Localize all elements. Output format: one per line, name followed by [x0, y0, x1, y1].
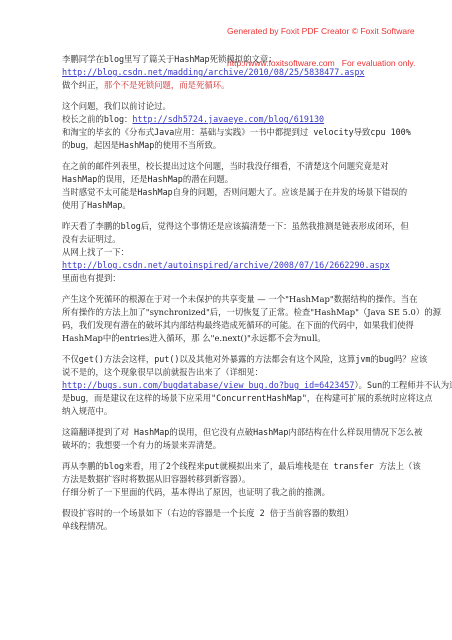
body-text: 这篇翻译提到了对 HashMap的误用，但它没有点破HashMap内部结构在什么… [62, 427, 422, 437]
body-text: HashMap中的entries进入循环，那 么"e.next()"永远都不会为… [62, 333, 326, 343]
paragraph: 昨天看了李鹏的blog后，觉得这个事情还是应该搞清楚一下：虽然我推测是链表形成闭… [62, 220, 406, 285]
text-line: 说不是的，这个现象很早以前就报告出来了（详细见： [62, 366, 406, 379]
text-line: 当时感觉不太可能是HashMap自身的问题，否则问题大了。应该是属于在并发的场景… [62, 186, 406, 199]
document-page: Generated by Foxit PDF Creator © Foxit S… [0, 0, 452, 640]
body-text: 从网上找了一下： [62, 247, 129, 257]
text-line: HashMap的误用，还是HashMap的潜在问题。 [62, 173, 406, 186]
paragraph: 这篇翻译提到了对 HashMap的误用，但它没有点破HashMap内部结构在什么… [62, 426, 406, 452]
body-text: 破坏的；我想要一个有力的场景来弄清楚。 [62, 440, 221, 450]
body-text: 再从李鹏的blog来看，用了2个线程来put就模拟出来了，最后堆栈是在 tran… [62, 461, 421, 471]
text-line: 没有去证明过。 [62, 233, 406, 246]
text-line: 产生这个死循环的根源在于对一个未保护的共享变量 — 一个"HashMap"数据结… [62, 293, 406, 306]
text-line: 在之前的邮件列表里，校长提出过这个问题，当时我没仔细看，不清楚这个问题究竟是对 [62, 160, 406, 173]
text-line: 李鹏同学在blog里写了篇关于HashMap死锁模拟的文章： [62, 53, 406, 66]
text-line: 校长之前的blog：http://sdh5724.javaeye.com/blo… [62, 113, 406, 126]
text-line: 从网上找了一下： [62, 246, 406, 259]
text-line: 和淘宝的毕玄的《分布式Java应用：基础与实践》一书中都提到过 velocity… [62, 126, 406, 139]
body-text: 单线程情况。 [62, 521, 112, 531]
quoted-paragraph: 产生这个死循环的根源在于对一个未保护的共享变量 — 一个"HashMap"数据结… [62, 293, 406, 345]
body-text: 里面也有提到： [62, 273, 121, 283]
body-text: HashMap的误用，还是HashMap的潜在问题。 [62, 174, 233, 184]
text-line: 做个纠正，那个不是死锁问题，而是死循环。 [62, 79, 406, 92]
paragraph: 不仅get()方法会这样，put()以及其他对外暴露的方法都会有这个风险，这算j… [62, 353, 406, 418]
body-text: 校长之前的blog： [62, 114, 132, 124]
text-line: 的bug，起因是HashMap的使用不当所致。 [62, 139, 406, 152]
paragraph: 这个问题，我们以前讨论过。校长之前的blog：http://sdh5724.ja… [62, 100, 406, 152]
text-line: 再从李鹏的blog来看，用了2个线程来put就模拟出来了，最后堆栈是在 tran… [62, 460, 406, 473]
body-text: 是bug，而是建议在这样的场景下应采用"ConcurrentHashMap"，在… [62, 393, 433, 403]
body-text: 当时感觉不太可能是HashMap自身的问题，否则问题大了。应该是属于在并发的场景… [62, 187, 407, 197]
text-line: 假设扩容时的一个场景如下（右边的容器是一个长度 2 倍于当前容器的数组） [62, 507, 406, 520]
text-line: 是bug，而是建议在这样的场景下应采用"ConcurrentHashMap"，在… [62, 392, 406, 405]
paragraph: 再从李鹏的blog来看，用了2个线程来put就模拟出来了，最后堆栈是在 tran… [62, 460, 406, 499]
hyperlink[interactable]: http://bugs.sun.com/bugdatabase/view_bug… [62, 380, 354, 390]
body-text: 和淘宝的毕玄的《分布式Java应用：基础与实践》一书中都提到过 velocity… [62, 127, 411, 137]
text-line: 这篇翻译提到了对 HashMap的误用，但它没有点破HashMap内部结构在什么… [62, 426, 406, 439]
text-line: 破坏的；我想要一个有力的场景来弄清楚。 [62, 439, 406, 452]
body-text: 这个问题，我们以前讨论过。 [62, 101, 171, 111]
body-text: 没有去证明过。 [62, 234, 121, 244]
text-line: http://bugs.sun.com/bugdatabase/view_bug… [62, 379, 406, 392]
hyperlink[interactable]: http://sdh5724.javaeye.com/blog/619130 [132, 114, 324, 124]
paragraph: 假设扩容时的一个场景如下（右边的容器是一个长度 2 倍于当前容器的数组）单线程情… [62, 507, 406, 533]
body-text: 做个纠正， [62, 80, 104, 90]
body-text: 方法是数据扩容时将数据从旧容器转移到新容器）。 [62, 474, 250, 484]
text-line: 不仅get()方法会这样，put()以及其他对外暴露的方法都会有这个风险，这算j… [62, 353, 406, 366]
body-text: 的bug，起因是HashMap的使用不当所致。 [62, 140, 221, 150]
body-text: 所有操作的方法上加了"synchronized"后，一切恢复了正常。检查"Has… [62, 307, 441, 317]
body-text: 假设扩容时的一个场景如下（右边的容器是一个长度 2 倍于当前容器的数组） [62, 508, 354, 518]
paragraph: 李鹏同学在blog里写了篇关于HashMap死锁模拟的文章：http://blo… [62, 53, 406, 92]
text-line: 里面也有提到： [62, 272, 406, 285]
body-text: 使用了HashMap。 [62, 200, 131, 210]
hyperlink[interactable]: http://blog.csdn.net/autoinspired/archiv… [62, 260, 390, 270]
text-line: 使用了HashMap。 [62, 199, 406, 212]
text-line: 码，我们发现有潜在的破坏其内部结构最终造成死循环的可能。在下面的代码中，如果我们… [62, 319, 406, 332]
text-line: 纳入规范中。 [62, 405, 406, 418]
body-text: 纳入规范中。 [62, 406, 112, 416]
text-line: 单线程情况。 [62, 520, 406, 533]
text-line: 昨天看了李鹏的blog后，觉得这个事情还是应该搞清楚一下：虽然我推测是链表形成闭… [62, 220, 406, 233]
watermark-line-1: Generated by Foxit PDF Creator © Foxit S… [227, 26, 415, 37]
text-line: 这个问题，我们以前讨论过。 [62, 100, 406, 113]
document-body: 李鹏同学在blog里写了篇关于HashMap死锁模拟的文章：http://blo… [62, 53, 406, 541]
text-line: 方法是数据扩容时将数据从旧容器转移到新容器）。 [62, 473, 406, 486]
paragraph: 在之前的邮件列表里，校长提出过这个问题，当时我没仔细看，不清楚这个问题究竟是对H… [62, 160, 406, 212]
text-line: HashMap中的entries进入循环，那 么"e.next()"永远都不会为… [62, 332, 406, 345]
body-text: 昨天看了李鹏的blog后，觉得这个事情还是应该搞清楚一下：虽然我推测是链表形成闭… [62, 221, 409, 231]
body-text: 在之前的邮件列表里，校长提出过这个问题，当时我没仔细看，不清楚这个问题究竟是对 [62, 161, 389, 171]
text-line: 所有操作的方法上加了"synchronized"后，一切恢复了正常。检查"Has… [62, 306, 406, 319]
text-line: 仔细分析了一下里面的代码，基本得出了原因，也证明了我之前的推测。 [62, 486, 406, 499]
body-text: 码，我们发现有潜在的破坏其内部结构最终造成死循环的可能。在下面的代码中，如果我们… [62, 320, 414, 330]
text-line: http://blog.csdn.net/autoinspired/archiv… [62, 259, 406, 272]
text-line: http://blog.csdn.net/madding/archive/201… [62, 66, 406, 79]
body-text: 说不是的，这个现象很早以前就报告出来了（详细见： [62, 367, 263, 377]
body-text: 李鹏同学在blog里写了篇关于HashMap死锁模拟的文章： [62, 54, 277, 64]
body-text: ）。Sun的工程师并不认为这 [354, 380, 452, 390]
body-text: 仔细分析了一下里面的代码，基本得出了原因，也证明了我之前的推测。 [62, 487, 330, 497]
body-text: 产生这个死循环的根源在于对一个未保护的共享变量 — 一个"HashMap"数据结… [62, 294, 417, 304]
hyperlink[interactable]: http://blog.csdn.net/madding/archive/201… [62, 67, 365, 77]
correction-text: 那个不是死锁问题，而是死循环。 [104, 80, 230, 90]
body-text: 不仅get()方法会这样，put()以及其他对外暴露的方法都会有这个风险，这算j… [62, 354, 427, 364]
